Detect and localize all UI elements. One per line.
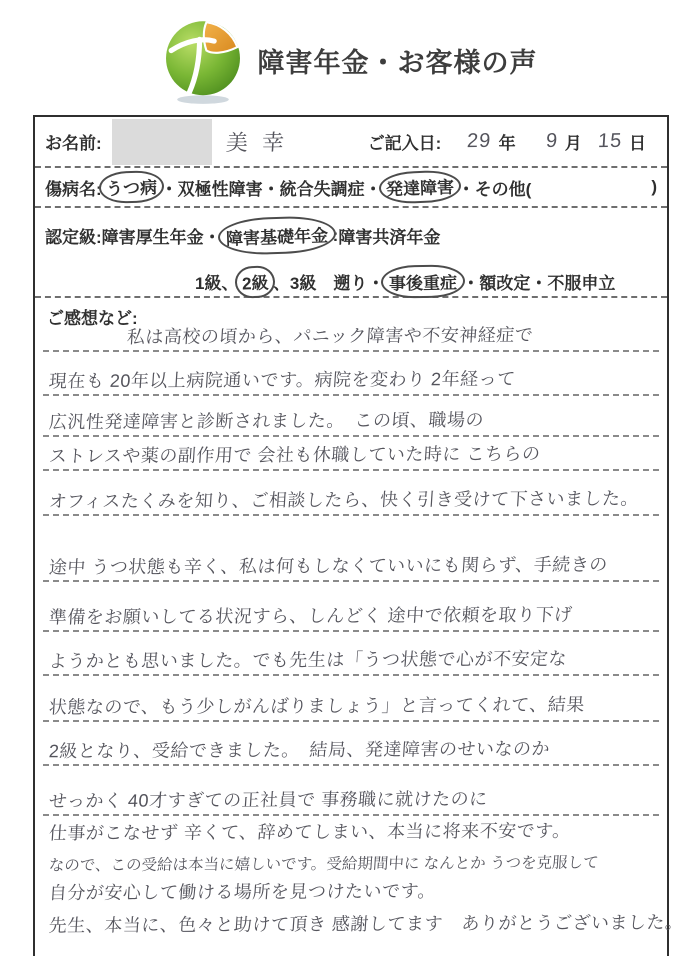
date-day-unit: 日	[629, 129, 646, 154]
separator-dot: ・	[263, 175, 280, 200]
comment-line-row: オフィスたくみを知り、ご相談したら、快く引き受けて下さいました。	[43, 471, 659, 516]
comment-line-row: 広汎性発達障害と診断されました。 この頃、職場の	[43, 396, 659, 437]
comment-line: 準備をお願いしてる状況すら、しんどく 途中で依頼を取り下げ	[48, 601, 573, 630]
comment-line-row: 先生、本当に、色々と助けて頂き 感謝してます ありがとうございました。	[43, 906, 659, 938]
comment-line: せっかく 40才すぎての正社員で 事務職に就けたのに	[48, 785, 489, 813]
comment-line: オフィスたくみを知り、ご相談したら、快く引き受けて下さいました。	[48, 484, 640, 513]
comment-line-row: 自分が安心して働ける場所を見つけたいです。	[43, 876, 659, 906]
comment-line: ようかとも思いました。でも先生は「うつ状態で心が不安定な	[48, 645, 568, 674]
grade-level2-circled: 2級	[235, 265, 277, 298]
date-year-handwritten: 29	[467, 130, 493, 153]
grade-sakanobori: 遡り・	[333, 269, 384, 294]
disease-option-other: その他(	[475, 175, 532, 200]
comment-line-row: 状態なので、もう少しがんばりましょう」と言ってくれて、結果	[43, 676, 659, 722]
close-paren: )	[651, 177, 657, 197]
date-year-unit: 年	[499, 129, 516, 154]
comments-label: ご感想など:	[47, 304, 138, 329]
comment-line: 2級となり、受給できました。 結局、発達障害のせいなのか	[48, 735, 551, 764]
grade-level1: 1級、	[195, 269, 238, 294]
comment-line: ストレスや薬の副作用で 会社も休職していた時に こちらの	[48, 440, 541, 469]
comment-line: 広汎性発達障害と診断されました。 この頃、職場の	[48, 406, 485, 434]
comment-line-row: なので、この受給は本当に嬉しいです。受給期間中に なんとか うつを克服して	[43, 846, 659, 876]
disease-option-hattatsu-circled: 発達障害	[378, 170, 461, 205]
disease-label: 傷病名:	[45, 175, 102, 200]
grade-kiso-circled: 障害基礎年金	[217, 215, 336, 256]
grade-rest: ・額改定・不服申立	[462, 269, 615, 294]
name-privacy-blur	[112, 119, 212, 165]
comment-line: 途中 うつ状態も辛く、私は何もしなくていいにも関らず、手続きの	[48, 551, 609, 580]
disease-option-utsu-circled: うつ病	[98, 170, 164, 204]
grade-row: 認定級: 障害厚生年金 ・ 障害基礎年金 : 障害共済年金 1級、 2級 、3級…	[35, 208, 667, 298]
comment-line: 状態なので、もう少しがんばりましょう」と言ってくれて、結果	[48, 691, 586, 720]
grade-line-pensions: 認定級: 障害厚生年金 ・ 障害基礎年金 : 障害共済年金	[45, 217, 657, 254]
feedback-form: お名前: 美幸 ご記入日: 29 年 9 月 15 日 傷病名: うつ病 ・ 双…	[33, 115, 669, 956]
date-label: ご記入日:	[368, 129, 442, 154]
comment-line-row: ストレスや薬の副作用で 会社も休職していた時に こちらの	[43, 437, 659, 471]
grade-level3: 、3級	[273, 269, 333, 294]
comment-line: 現在も 20年以上病院通いです。病院を変わり 2年経って	[48, 365, 516, 393]
grade-jigo-circled: 事後重症	[381, 264, 466, 298]
grade-line-levels: 1級、 2級 、3級 遡り・ 事後重症 ・額改定・不服申立	[195, 265, 657, 298]
comment-line: なので、この受給は本当に嬉しいです。受給期間中に なんとか うつを克服して	[48, 851, 599, 876]
comments-header-and-line1: ご感想など: 私は高校の頃から、パニック障害や不安神経症で	[43, 298, 659, 352]
disease-row: 傷病名: うつ病 ・ 双極性障害 ・ 統合失調症 ・ 発達障害 ・ その他( )	[35, 168, 667, 208]
comment-line-row: 2級となり、受給できました。 結局、発達障害のせいなのか	[43, 722, 659, 766]
page-title: 障害年金・お客様の声	[258, 41, 538, 80]
date-month-handwritten: 9	[545, 130, 559, 153]
comment-line-row: 現在も 20年以上病院通いです。病院を変わり 2年経って	[43, 352, 659, 396]
grade-kousei: 障害厚生年金	[102, 223, 204, 248]
name-label: お名前:	[45, 129, 102, 154]
comments-section: ご感想など: 私は高校の頃から、パニック障害や不安神経症で 現在も 20年以上病…	[35, 298, 667, 938]
name-date-row: お名前: 美幸 ご記入日: 29 年 9 月 15 日	[35, 117, 667, 168]
date-day-handwritten: 15	[597, 130, 623, 153]
grade-label: 認定級:	[45, 223, 102, 248]
comment-line: 自分が安心して働ける場所を見つけたいです。	[48, 877, 437, 905]
comment-line-row: 準備をお願いしてる状況すら、しんどく 途中で依頼を取り下げ	[43, 582, 659, 632]
comment-line-row: せっかく 40才すぎての正社員で 事務職に就けたのに	[43, 766, 659, 816]
comment-line: 私は高校の頃から、パニック障害や不安神経症で	[126, 321, 534, 349]
brand-sphere-logo-icon	[160, 14, 246, 106]
disease-option-soukyoku: 双極性障害	[178, 175, 263, 200]
name-handwritten-value: 美幸	[225, 126, 299, 158]
comment-line-row: 途中 うつ状態も辛く、私は何もしなくていいにも関らず、手続きの	[43, 516, 659, 582]
comment-line-row: 仕事がこなせず 辛くて、辞めてしまい、本当に将来不安です。	[43, 816, 659, 846]
comment-line: 先生、本当に、色々と助けて頂き 感謝してます ありがとうございました。	[48, 908, 684, 937]
date-month-unit: 月	[565, 129, 582, 154]
disease-option-tougou: 統合失調症	[280, 175, 365, 200]
grade-kyousai: 障害共済年金	[338, 223, 440, 248]
page-header: 障害年金・お客様の声	[0, 10, 697, 110]
comment-line: 仕事がこなせず 辛くて、辞めてしまい、本当に将来不安です。	[48, 817, 572, 846]
comment-line-row: ようかとも思いました。でも先生は「うつ状態で心が不安定な	[43, 632, 659, 676]
